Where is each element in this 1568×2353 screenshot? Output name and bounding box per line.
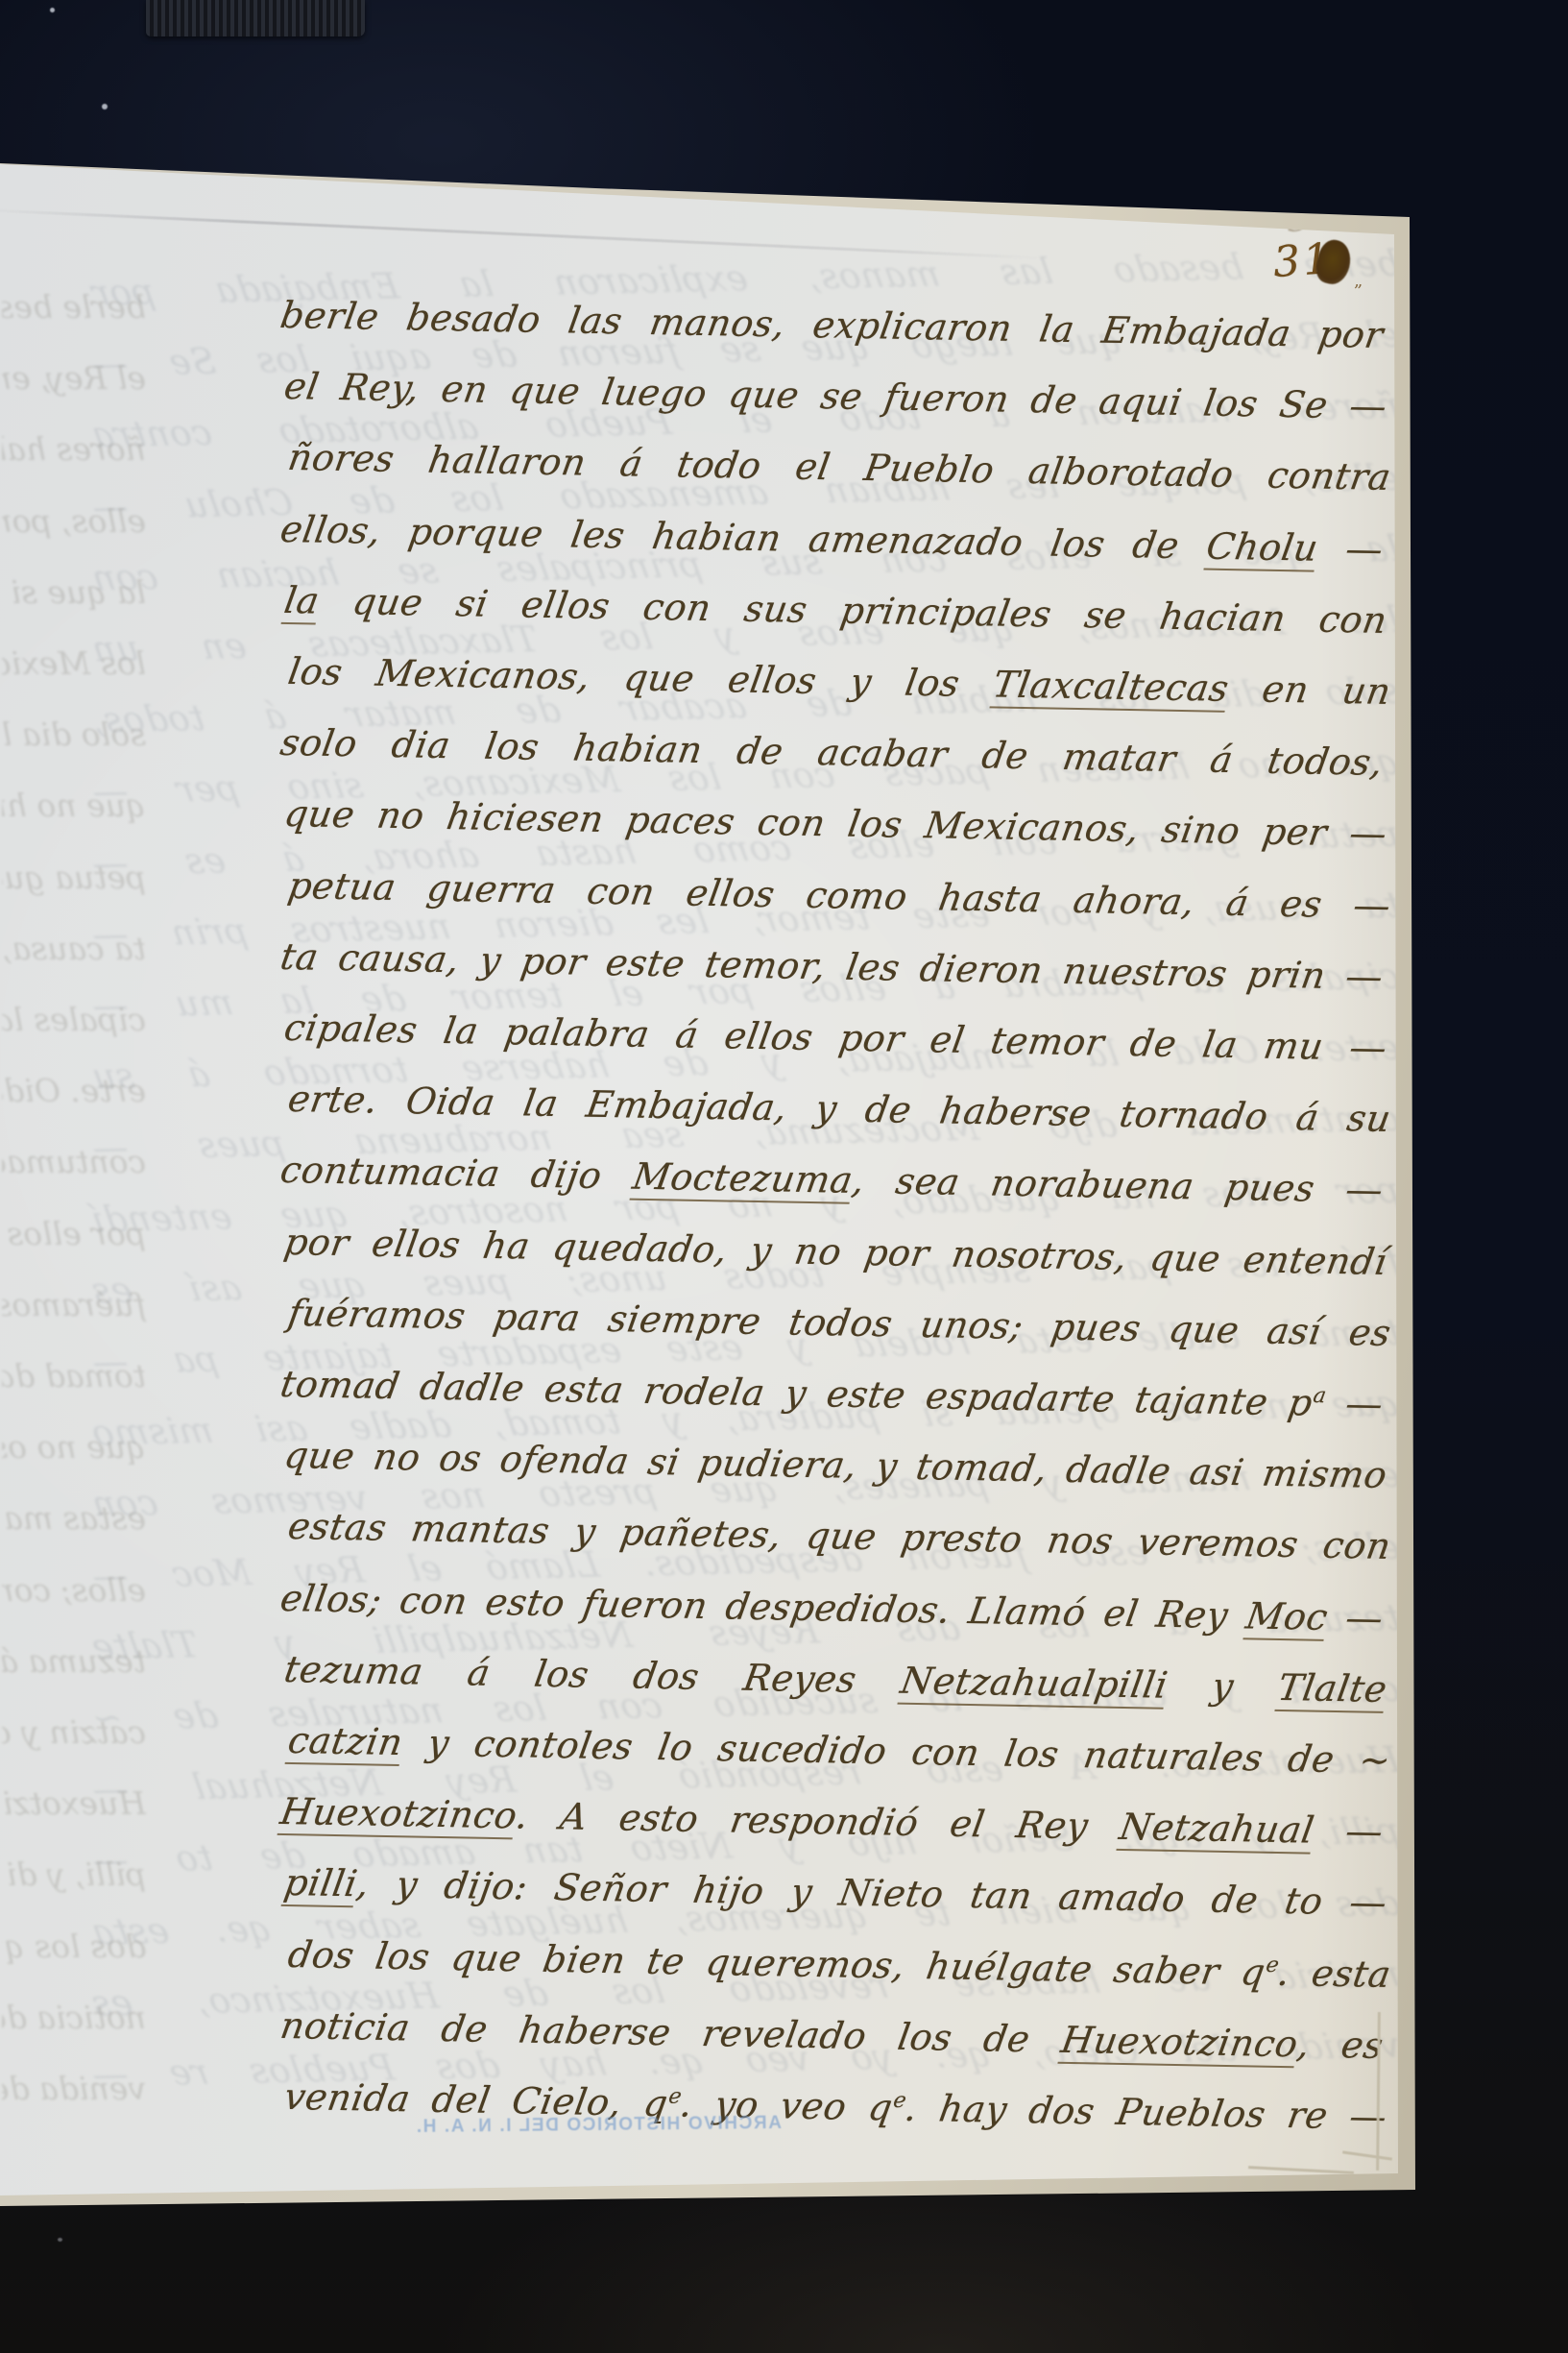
margin-ghost-word: la que si e xyxy=(2,573,146,611)
manuscript-line: la que si ellos con sus principales se h… xyxy=(281,579,1390,642)
dust-speck xyxy=(102,104,108,109)
manuscript-line: los Mexicanos, que ellos y los Tlaxcalte… xyxy=(285,650,1394,713)
manuscript-line: por ellos ha quedado, y no por nosotros,… xyxy=(281,1221,1390,1283)
manuscript-line: noticia de haberse revelado los de Huexo… xyxy=(277,2004,1387,2067)
margin-ghost-word: ta causa, y xyxy=(2,930,146,967)
margin-ghost-word: fuéramos pa xyxy=(2,1286,146,1323)
manuscript-line: ñores hallaron á todo el Pueblo alborota… xyxy=(285,436,1394,498)
margin-ghost-word: berle besad xyxy=(2,288,146,326)
dust-speck xyxy=(50,8,55,12)
manuscript-line: ellos, porque les habian amenazado los d… xyxy=(277,508,1387,570)
margin-ghost-word: contumacia xyxy=(2,1143,146,1180)
margin-ghost-word: erte. Oida xyxy=(2,1072,146,1109)
sheet-edge xyxy=(1376,2012,1381,2171)
sheet-edge xyxy=(1248,2166,1354,2174)
margin-ghost-word: pilli, y di xyxy=(2,1856,146,1893)
margin-ghost-word: dos los que xyxy=(2,1928,146,1965)
margin-ghost-word: tomad dadle xyxy=(2,1357,146,1395)
manuscript-line: Huexotzinco. A esto respondió el Rey Net… xyxy=(277,1790,1387,1853)
margin-ghost-word: el Rey, en xyxy=(2,359,146,397)
surface-smudge xyxy=(615,2267,1152,2353)
paper-crease xyxy=(0,208,1046,260)
margin-ghost-word: los Mexican xyxy=(2,644,146,682)
margin-ghost-word: cipales la xyxy=(2,1001,146,1038)
manuscript-line: petua guerra con ellos como hasta ahora,… xyxy=(285,864,1394,927)
photo-background: berle besado las manos, explicaron la Em… xyxy=(0,0,1568,2353)
manuscript-line: estas mantas y pañetes, que presto nos v… xyxy=(285,1505,1394,1567)
manuscript-line: tomad dadle esta rodela y este espadarte… xyxy=(277,1363,1387,1425)
margin-ghost-word: catzin y co xyxy=(2,1713,146,1751)
margin-ghost-word: ellos; con xyxy=(2,1571,146,1609)
manuscript-line: fuéramos para siempre todos unos; pues q… xyxy=(285,1292,1394,1354)
manuscript-line: que no os ofenda si pudiera, y tomad, da… xyxy=(281,1434,1390,1496)
sheet-edge xyxy=(1342,2150,1392,2160)
margin-ghost-word: ellos, porq xyxy=(2,502,146,540)
manuscript-line: catzin y contoles lo sucedido con los na… xyxy=(285,1719,1394,1782)
margin-ghost-word: tezuma á lo xyxy=(2,1642,146,1680)
binding-cloth xyxy=(146,0,365,36)
manuscript-line: que no hiciesen paces con los Mexicanos,… xyxy=(281,792,1390,855)
manuscript-line: tezuma á los dos Reyes Netzahualpilli y … xyxy=(281,1648,1390,1710)
margin-ghost-word: estas manta xyxy=(2,1499,146,1537)
margin-ghost-word: que no os o xyxy=(2,1428,146,1466)
manuscript-line: cipales la palabra á ellos por el temor … xyxy=(281,1007,1390,1069)
manuscript-line: berle besado las manos, explicaron la Em… xyxy=(277,294,1387,356)
manuscript-line: dos los que bien te queremos, huélgate s… xyxy=(285,1933,1394,1996)
dust-speck xyxy=(58,2238,62,2242)
margin-ghost-word: Huexotzinco xyxy=(2,1784,146,1822)
margin-ghost-word: solo dia lo xyxy=(2,716,146,753)
manuscript-line: ta causa, y por este temor, les dieron n… xyxy=(277,935,1387,998)
margin-ghost-word: noticia de xyxy=(2,1999,146,2036)
manuscript-line: erte. Oida la Embajada, y de haberse tor… xyxy=(285,1078,1394,1140)
manuscript-line: el Rey, en que luego que se fueron de aq… xyxy=(281,365,1390,427)
margin-ghost-word: venida del xyxy=(2,2070,146,2107)
margin-ghost-word: que no hici xyxy=(2,787,146,824)
margin-ghost-word: por ellos h xyxy=(2,1215,146,1252)
manuscript-line: contumacia dijo Moctezuma, sea norabuena… xyxy=(277,1149,1387,1211)
margin-ghost-word: ñores halla xyxy=(2,430,146,468)
folio-mark: „ xyxy=(1354,271,1363,291)
manuscript-page: berle besado las manos, explicaron la Em… xyxy=(0,0,1568,2353)
manuscript-line: solo dia los habian de acabar de matar á… xyxy=(277,721,1387,784)
archive-stamp: ARCHIVO HISTORICO DEL I. N. A. H. xyxy=(411,2113,782,2138)
manuscript-line: pilli, y dijo: Señor hijo y Nieto tan am… xyxy=(281,1861,1390,1924)
margin-ghost-word: petua guerr xyxy=(2,859,146,896)
manuscript-line: ellos; con esto fueron despedidos. Llamó… xyxy=(277,1577,1387,1639)
